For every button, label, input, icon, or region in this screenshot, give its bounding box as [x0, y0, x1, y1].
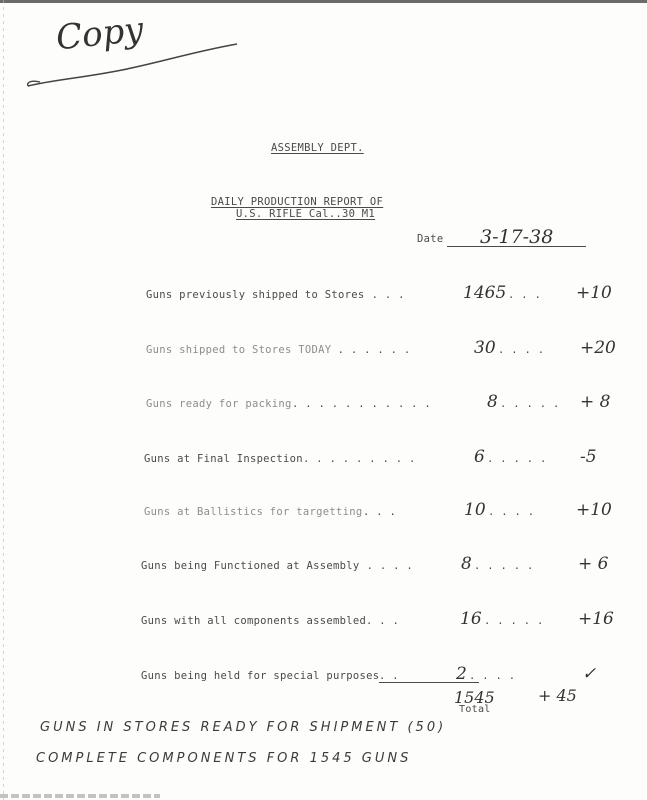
row-value: 30	[474, 338, 496, 358]
leader-dots: . . . . .	[500, 398, 560, 410]
handwritten-note-stores: GUNS IN STORES READY FOR SHIPMENT (50)	[40, 720, 446, 735]
table-row: Guns shipped to Stores TODAY . . . . . .…	[0, 338, 647, 362]
row-change: + 6	[578, 554, 608, 574]
row-value: 16	[460, 609, 482, 629]
leader-dots: . . . .	[498, 344, 544, 356]
leader-dots: . . . .	[360, 560, 413, 572]
row-label: Guns shipped to Stores TODAY	[146, 344, 331, 356]
scan-top-border	[0, 0, 647, 3]
row-label: Guns at Ballistics for targetting	[144, 506, 363, 518]
row-change: +16	[578, 609, 614, 629]
handwritten-note-components: COMPLETE COMPONENTS FOR 1545 GUNS	[36, 751, 411, 766]
document-page: Copy ASSEMBLY DEPT. DAILY PRODUCTION REP…	[0, 0, 647, 800]
row-label: Guns previously shipped to Stores	[146, 289, 365, 301]
table-row: Guns being Functioned at Assembly . . . …	[0, 554, 647, 578]
leader-dots: . . . . .	[484, 615, 544, 627]
leader-dots: . . .	[363, 506, 396, 518]
row-change: + 8	[580, 392, 610, 412]
row-value: 8	[461, 554, 472, 574]
department-heading: ASSEMBLY DEPT.	[271, 142, 364, 154]
table-row: Guns ready for packing. . . . . . . . . …	[0, 392, 647, 416]
row-change: +10	[576, 500, 612, 520]
row-label: Guns being Functioned at Assembly	[141, 560, 360, 572]
cropped-bottom-line	[0, 794, 160, 798]
row-change: ✓	[582, 664, 596, 684]
leader-dots: . . . . .	[474, 560, 534, 572]
leader-dots: . . .	[508, 289, 541, 301]
table-row: Guns being held for special purposes. .2…	[0, 664, 647, 688]
row-change: -5	[580, 447, 597, 467]
row-value: 6	[474, 447, 485, 467]
held-value-underline	[379, 682, 479, 683]
leader-dots: . . . . . . . . . . .	[292, 398, 431, 410]
row-label: Guns with all components assembled	[141, 615, 366, 627]
row-change: +10	[576, 283, 612, 303]
leader-dots: . . . . . .	[331, 344, 410, 356]
date-value: 3-17-38	[480, 226, 553, 248]
row-label: Guns at Final Inspection	[144, 453, 303, 465]
total-label: Total	[459, 704, 491, 715]
row-label: Guns ready for packing	[146, 398, 292, 410]
leader-dots: . .	[379, 670, 399, 682]
leader-dots: . . . .	[488, 506, 534, 518]
total-change: + 45	[538, 686, 577, 705]
report-title-line1: DAILY PRODUCTION REPORT OF	[211, 196, 383, 208]
leader-dots: . . .	[366, 615, 399, 627]
table-row: Guns at Ballistics for targetting. . .10…	[0, 500, 647, 524]
leader-dots: . . . . . . . . .	[303, 453, 416, 465]
leader-dots: . . . .	[469, 670, 515, 682]
table-row: Guns at Final Inspection. . . . . . . . …	[0, 447, 647, 471]
leader-dots: . . . . .	[487, 453, 547, 465]
row-value: 10	[464, 500, 486, 520]
row-change: +20	[580, 338, 616, 358]
row-label: Guns being held for special purposes	[141, 670, 379, 682]
row-value: 8	[487, 392, 498, 412]
table-row: Guns with all components assembled. . .1…	[0, 609, 647, 633]
report-title-line2: U.S. RIFLE Cal..30 M1	[236, 208, 375, 220]
row-value: 1465	[463, 283, 506, 303]
table-row: Guns previously shipped to Stores . . .1…	[0, 283, 647, 307]
leader-dots: . . .	[365, 289, 405, 301]
row-value: 2	[456, 664, 467, 684]
copy-underline-swash	[22, 30, 242, 90]
date-label: Date	[417, 233, 444, 245]
